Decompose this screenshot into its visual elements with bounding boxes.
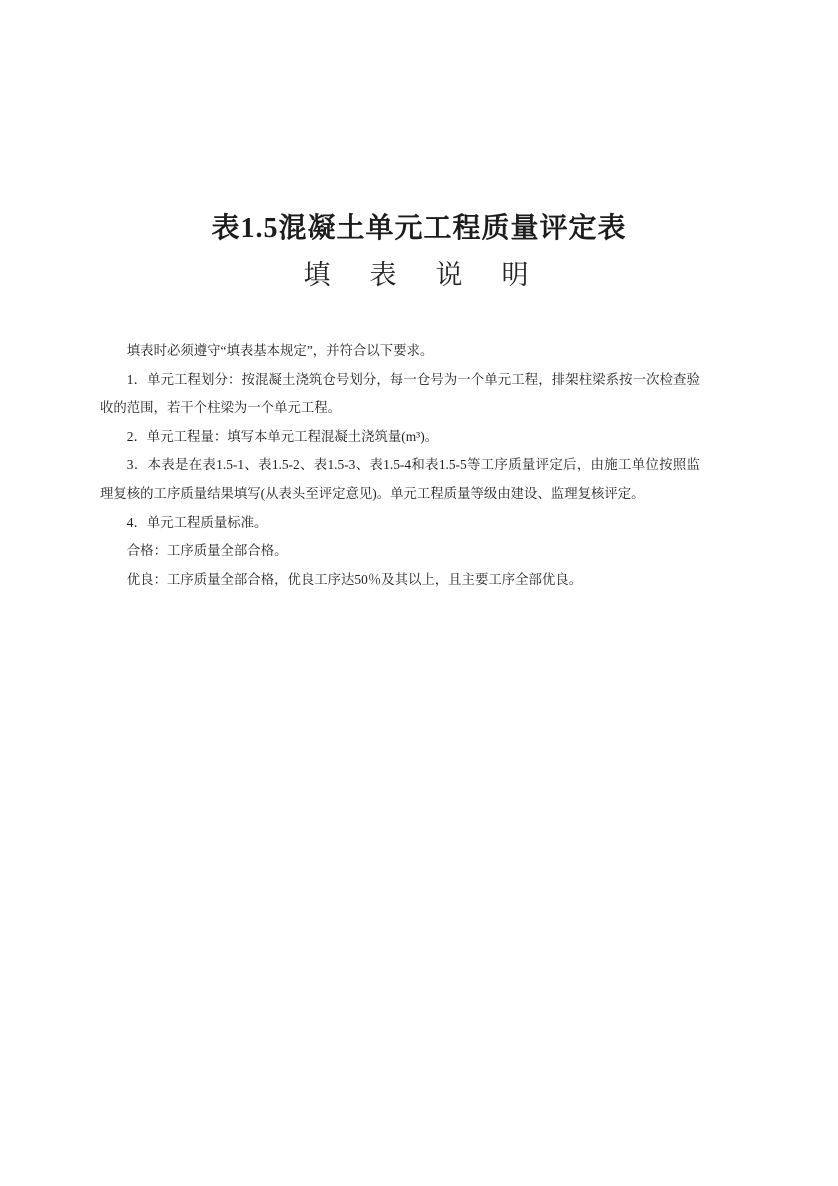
paragraph-intro: 填表时必须遵守“填表基本规定”，并符合以下要求。 xyxy=(100,337,700,366)
paragraph-table-basis: 3．本表是在表1.5-1、表1.5-2、表1.5-3、表1.5-4和表1.5-5… xyxy=(100,451,700,508)
document-subtitle: 填 表 说 明 xyxy=(0,253,838,292)
instructions-body: 填表时必须遵守“填表基本规定”，并符合以下要求。 1．单元工程划分：按混凝土浇筑… xyxy=(100,337,700,594)
document-page: 表1.5混凝土单元工程质量评定表 填 表 说 明 填表时必须遵守“填表基本规定”… xyxy=(0,0,838,1186)
paragraph-unit-division: 1．单元工程划分：按混凝土浇筑仓号划分，每一仓号为一个单元工程，排架柱梁系按一次… xyxy=(100,366,700,423)
paragraph-quality-standard: 4．单元工程质量标准。 xyxy=(100,509,700,538)
paragraph-unit-quantity: 2．单元工程量：填写本单元工程混凝土浇筑量(m³)。 xyxy=(100,423,700,452)
paragraph-qualified: 合格：工序质量全部合格。 xyxy=(100,537,700,566)
paragraph-excellent: 优良：工序质量全部合格，优良工序达50％及其以上，且主要工序全部优良。 xyxy=(100,566,700,595)
document-title: 表1.5混凝土单元工程质量评定表 xyxy=(0,206,838,246)
